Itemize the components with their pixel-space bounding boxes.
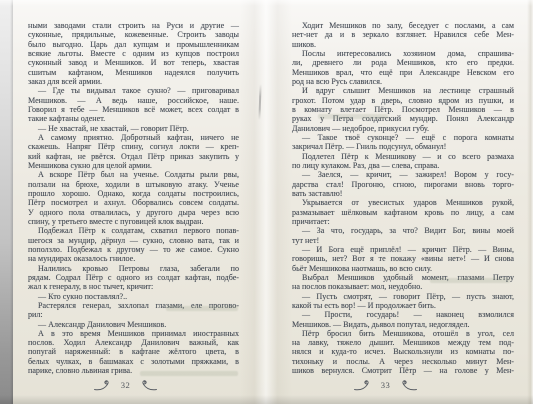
text-line: — Пусть смотрят, — говорит Пётр, — пусть… xyxy=(292,292,514,301)
text-line: — Такое твоё суконце? — ещё с порога ком… xyxy=(292,133,514,142)
text-line: рил: xyxy=(28,310,239,319)
page-number: 33 xyxy=(381,380,391,390)
text-line: послов. Ходил Александр Данилович важный… xyxy=(28,338,239,347)
bleed-through-text xyxy=(166,306,238,311)
text-line: — За что, государь, за что? Видит Бог, в… xyxy=(292,226,514,235)
text-line: такие кафтаны оденет. xyxy=(28,114,239,123)
text-line: — Александр Данилович Меншиков. xyxy=(28,320,239,329)
text-line: Налились кровью Петровы глаза, забегали … xyxy=(28,264,239,273)
text-line: А вскоре Пётр был на ученье. Солдаты рыл… xyxy=(28,170,239,179)
text-line: было выгодно. Царь дал купцам и промышле… xyxy=(28,40,239,49)
text-line: говоришь, нет? Вот я те покажу «вины нет… xyxy=(292,254,514,263)
text-line: дарства стал! Прогоню, сгною, пирогами в… xyxy=(292,180,514,189)
text-line: жал к генералу, в нос тычет, кричит: xyxy=(28,282,239,291)
text-line: У одного пола отвалилась, у другого дыра… xyxy=(28,208,239,217)
text-line: А в это время Меншиков принимал иностран… xyxy=(28,329,239,338)
text-line: Укрывается от увесистых ударов Меншиков … xyxy=(292,198,514,207)
page-ornament-right-flourish xyxy=(133,379,157,391)
book-gutter xyxy=(240,0,292,404)
text-line: И вдруг слышит Меншиков на лестнице стра… xyxy=(292,86,514,95)
text-line: Подлетел Пётр к Меншикову — и со всего р… xyxy=(292,152,514,161)
photo-bottom-shadow xyxy=(0,395,533,404)
text-line: причитает: xyxy=(292,217,514,226)
text-line: на послов показывает: мол, неудобно. xyxy=(292,282,514,291)
open-book-photo: ными заводами стали строить на Руси и др… xyxy=(0,0,533,404)
text-line: шегося за мундир, дёрнул — сукно, словно… xyxy=(28,236,239,245)
text-line: рядам. Содрал Пётр с одного из солдат ка… xyxy=(28,273,239,282)
page-ornament-left-flourish xyxy=(354,379,378,391)
text-line: — Прости, государь! — наконец взмолился xyxy=(292,310,514,319)
bleed-through-text xyxy=(140,371,238,376)
page-left-footer: 32 xyxy=(0,377,252,393)
text-line: — И Бога ещё приплёл! — кричит Пётр. — В… xyxy=(292,245,514,254)
page-block-right-edge xyxy=(527,0,533,404)
text-line: суконные, прядильные, кожевенные. Строит… xyxy=(28,30,239,39)
text-line: бьёт Меншикова наотмашь, во всю силу. xyxy=(292,264,514,273)
page-right: Ходит Меншиков по залу, беседует с посла… xyxy=(266,0,533,404)
text-line: Меншикова сукно для целой армии. xyxy=(28,161,239,170)
text-line: Меншиков врал, что ещё при Александре Не… xyxy=(292,68,514,77)
text-line: заказ для всей армии. xyxy=(28,77,239,86)
page-right-footer: 33 xyxy=(252,377,519,393)
text-line: суконный завод и Меншиков. И вот теперь,… xyxy=(28,58,239,67)
page-left-text: ными заводами стали строить на Руси и др… xyxy=(28,21,239,375)
text-line: какой ты есть вор! — И продолжает бить. xyxy=(292,301,514,310)
text-line: вать заставлю! xyxy=(292,189,514,198)
text-line: тихоньку и послы. А через несколько мину… xyxy=(292,357,514,366)
text-line: белых чулках, в башмаках с золотыми пряж… xyxy=(28,357,239,366)
page-number: 32 xyxy=(121,380,131,390)
page-left: ными заводами стали строить на Руси и др… xyxy=(13,0,266,404)
page-right-text: Ходит Меншиков по залу, беседует с посла… xyxy=(292,21,514,375)
text-line: Пётр посмотрел и ахнул. Оборвались совсе… xyxy=(28,198,239,207)
text-line: на мундирах оказалось гнилое. xyxy=(28,254,239,263)
text-line: Данилович — недоброе, прикусил губу. xyxy=(292,124,514,133)
text-line: Послы интересовались хозяином дома, спра… xyxy=(292,49,514,58)
text-line: сшитым кафтаном, Меншиков надеялся получ… xyxy=(28,68,239,77)
text-line: размазывает шёлковым кафтаном кровь по л… xyxy=(292,208,514,217)
text-line: на лавку, тяжело дышит. Меншиков между т… xyxy=(292,338,514,347)
text-line: кий кафтан, не рвётся. Отдал Пётр приказ… xyxy=(28,152,239,161)
text-line: — Не хвастай, не хвастай, — говорит Пётр… xyxy=(28,124,239,133)
text-line: нет-нет да и в зеркало взглянет. Нравилс… xyxy=(292,30,514,39)
photo-background-left-edge xyxy=(0,0,13,404)
text-line: всякие льготы. Вместе с одним из купцов … xyxy=(28,49,239,58)
text-line: род на всю Русь славился. xyxy=(292,77,514,86)
text-line: — Где ты видывал такое сукно? — приговар… xyxy=(28,86,239,95)
text-line: Меншиков. — А ведь наше, российское, наш… xyxy=(28,96,239,105)
text-line: Говорил я тебе — Меншиков всё может, все… xyxy=(28,105,239,114)
text-line: нялся и куда-то исчез. Выскользнули из к… xyxy=(292,347,514,356)
photo-top-highlight xyxy=(0,0,533,6)
bleed-through-text xyxy=(318,114,388,119)
text-line: закричал Пётр. — Гниль подсунул, обманул… xyxy=(292,142,514,151)
text-line: шиков. xyxy=(292,40,514,49)
text-line: Подбежал Пётр к солдатам, схватил первог… xyxy=(28,226,239,235)
text-line: шиков вернулся. Смотрит Пётр — на голове… xyxy=(292,366,514,375)
text-line: Меншиков. — Видать, дьявол попутал, недо… xyxy=(292,320,514,329)
text-line: ными заводами стали строить на Руси и др… xyxy=(28,21,239,30)
text-line: попугай наряженный: в кафтане жёлтого цв… xyxy=(28,347,239,356)
text-line: по лицу кулаком. Раз, два — слева, справ… xyxy=(292,161,514,170)
text-line: в комнату влетает Пётр. Посмотрел Меншик… xyxy=(292,105,514,114)
bleed-through-text xyxy=(430,278,510,283)
text-line: спину, у третьего вместе с пуговицей кло… xyxy=(28,217,239,226)
text-line: поползло. Подбежал к другому — то же сам… xyxy=(28,245,239,254)
text-line: Ходит Меншиков по залу, беседует с посла… xyxy=(292,21,514,30)
text-line: — Кто сукно поставлял?.. xyxy=(28,292,239,301)
page-ornament-right-flourish xyxy=(393,379,417,391)
text-line: — Заелся, — кричит, — зажирел! Вором у г… xyxy=(292,170,514,179)
text-line: Пётр бросил бить Меншикова, отошёл в уго… xyxy=(292,329,514,338)
text-line: скажешь. Напряг Пётр спину, согнул локти… xyxy=(28,142,239,151)
text-line: ли, древнего ли рода Меншиков, кто его п… xyxy=(292,58,514,67)
text-line: А самому приятно. Добротный кафтан, ниче… xyxy=(28,133,239,142)
page-ornament-left-flourish xyxy=(94,379,118,391)
text-line: прошло хорошо. Однако, когда солдаты пос… xyxy=(28,189,239,198)
text-line: грохот. Потом удар в дверь, словно ядром… xyxy=(292,96,514,105)
text-line: тут нет! xyxy=(292,236,514,245)
text-line: ползали на брюхе, ходили в штыковую атак… xyxy=(28,180,239,189)
